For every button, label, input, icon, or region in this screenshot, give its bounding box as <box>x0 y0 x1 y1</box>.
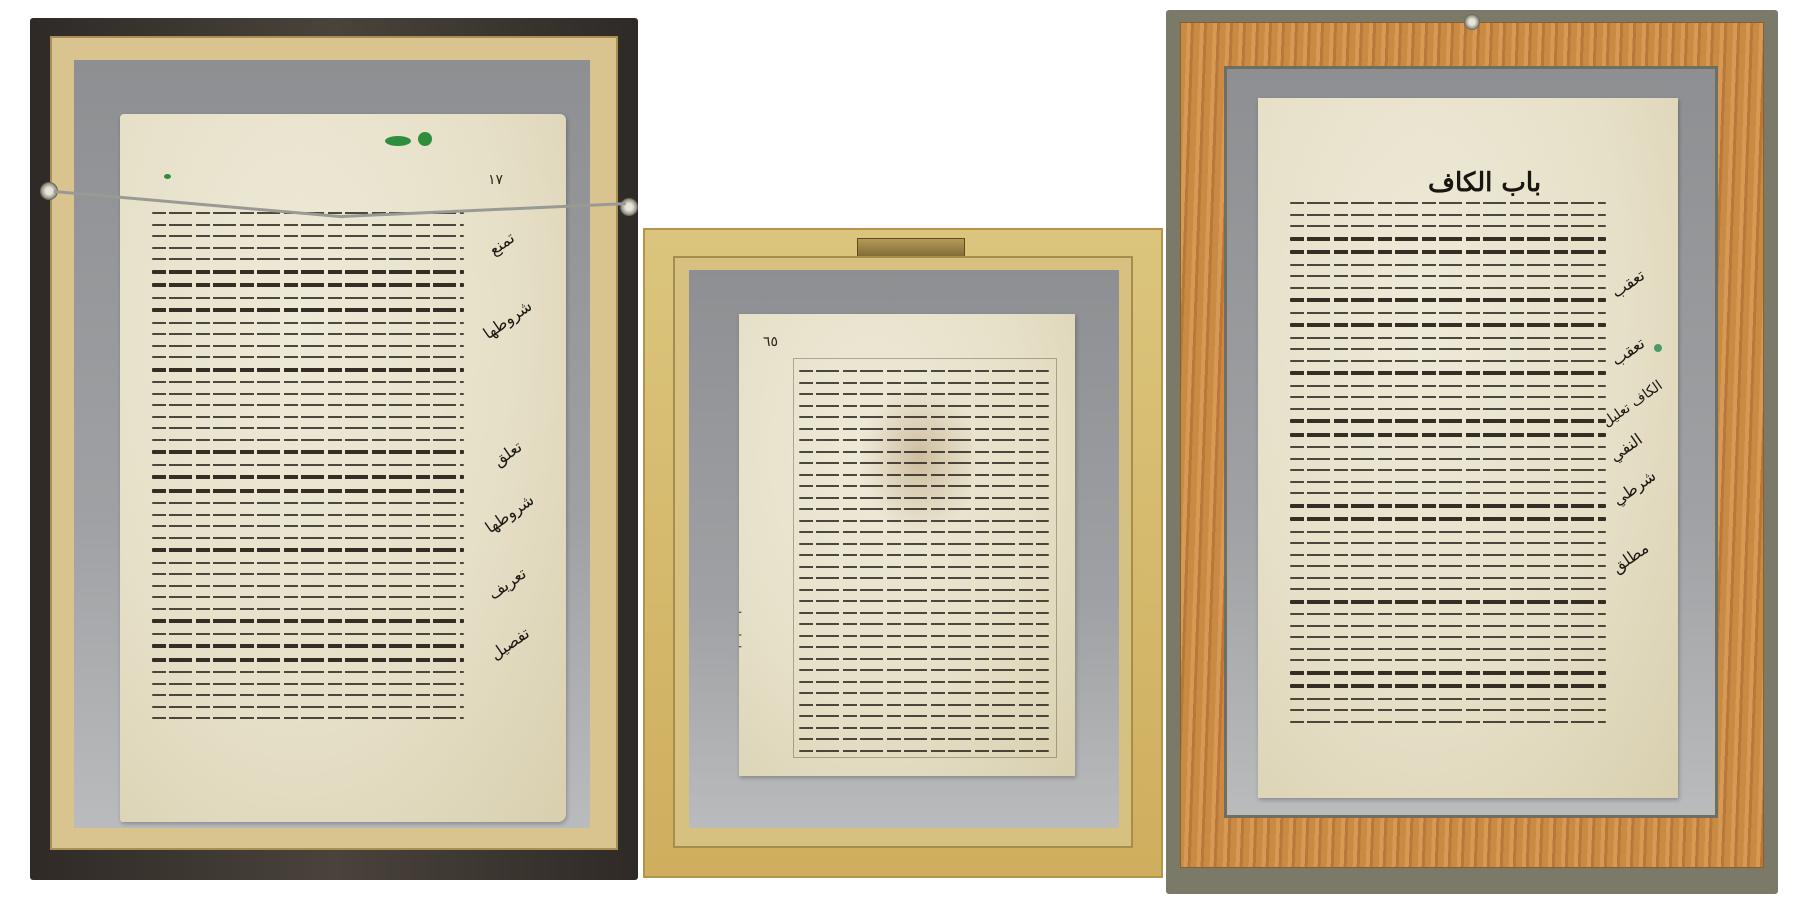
right-frame: باب الكاف تعقب تعقب الكاف تعليل النفي شر… <box>1166 10 1778 894</box>
left-manuscript-page: ١٧ تمنع شروطها تعلق شروطها تعريف تفصيل <box>120 114 566 822</box>
manuscript-text-block <box>799 370 1049 761</box>
green-spot <box>1654 344 1662 352</box>
manuscript-text-block <box>1290 202 1606 732</box>
margin-note: مطلق <box>1608 538 1652 577</box>
margin-note: شرطي <box>1609 466 1659 509</box>
page-number: ١٧ <box>488 172 503 188</box>
margin-note: شروطها <box>480 296 536 343</box>
margin-note: النفي <box>1606 430 1646 466</box>
margin-note: تعقب <box>1608 265 1648 301</box>
middle-manuscript-page: ٦٥ انظر تمام <box>739 314 1075 776</box>
page-number: ٦٥ <box>763 334 778 350</box>
margin-note: الكاف تعليل <box>1600 378 1666 431</box>
manuscript-text-block <box>152 212 464 729</box>
margin-note: شروطها <box>482 490 538 537</box>
green-ink-stain <box>418 132 432 146</box>
vertical-margin-note: انظر تمام <box>739 604 743 648</box>
margin-note: تفصيل <box>486 623 532 663</box>
margin-note: تعريف <box>484 564 529 604</box>
green-ink-stain <box>164 174 171 179</box>
right-manuscript-page: باب الكاف تعقب تعقب الكاف تعليل النفي شر… <box>1258 98 1678 798</box>
margin-note: تمنع <box>485 228 518 259</box>
middle-frame: ٦٥ انظر تمام <box>643 228 1163 878</box>
margin-note: تعقب <box>1608 333 1648 369</box>
hanging-clip <box>1464 14 1480 30</box>
margin-note: تعلق <box>489 437 525 470</box>
green-ink-stain <box>385 136 411 146</box>
right-wire-clip <box>620 198 638 216</box>
left-frame: ١٧ تمنع شروطها تعلق شروطها تعريف تفصيل <box>30 18 638 880</box>
brass-hanging-plate <box>857 238 965 258</box>
chapter-heading: باب الكاف <box>1428 168 1541 198</box>
